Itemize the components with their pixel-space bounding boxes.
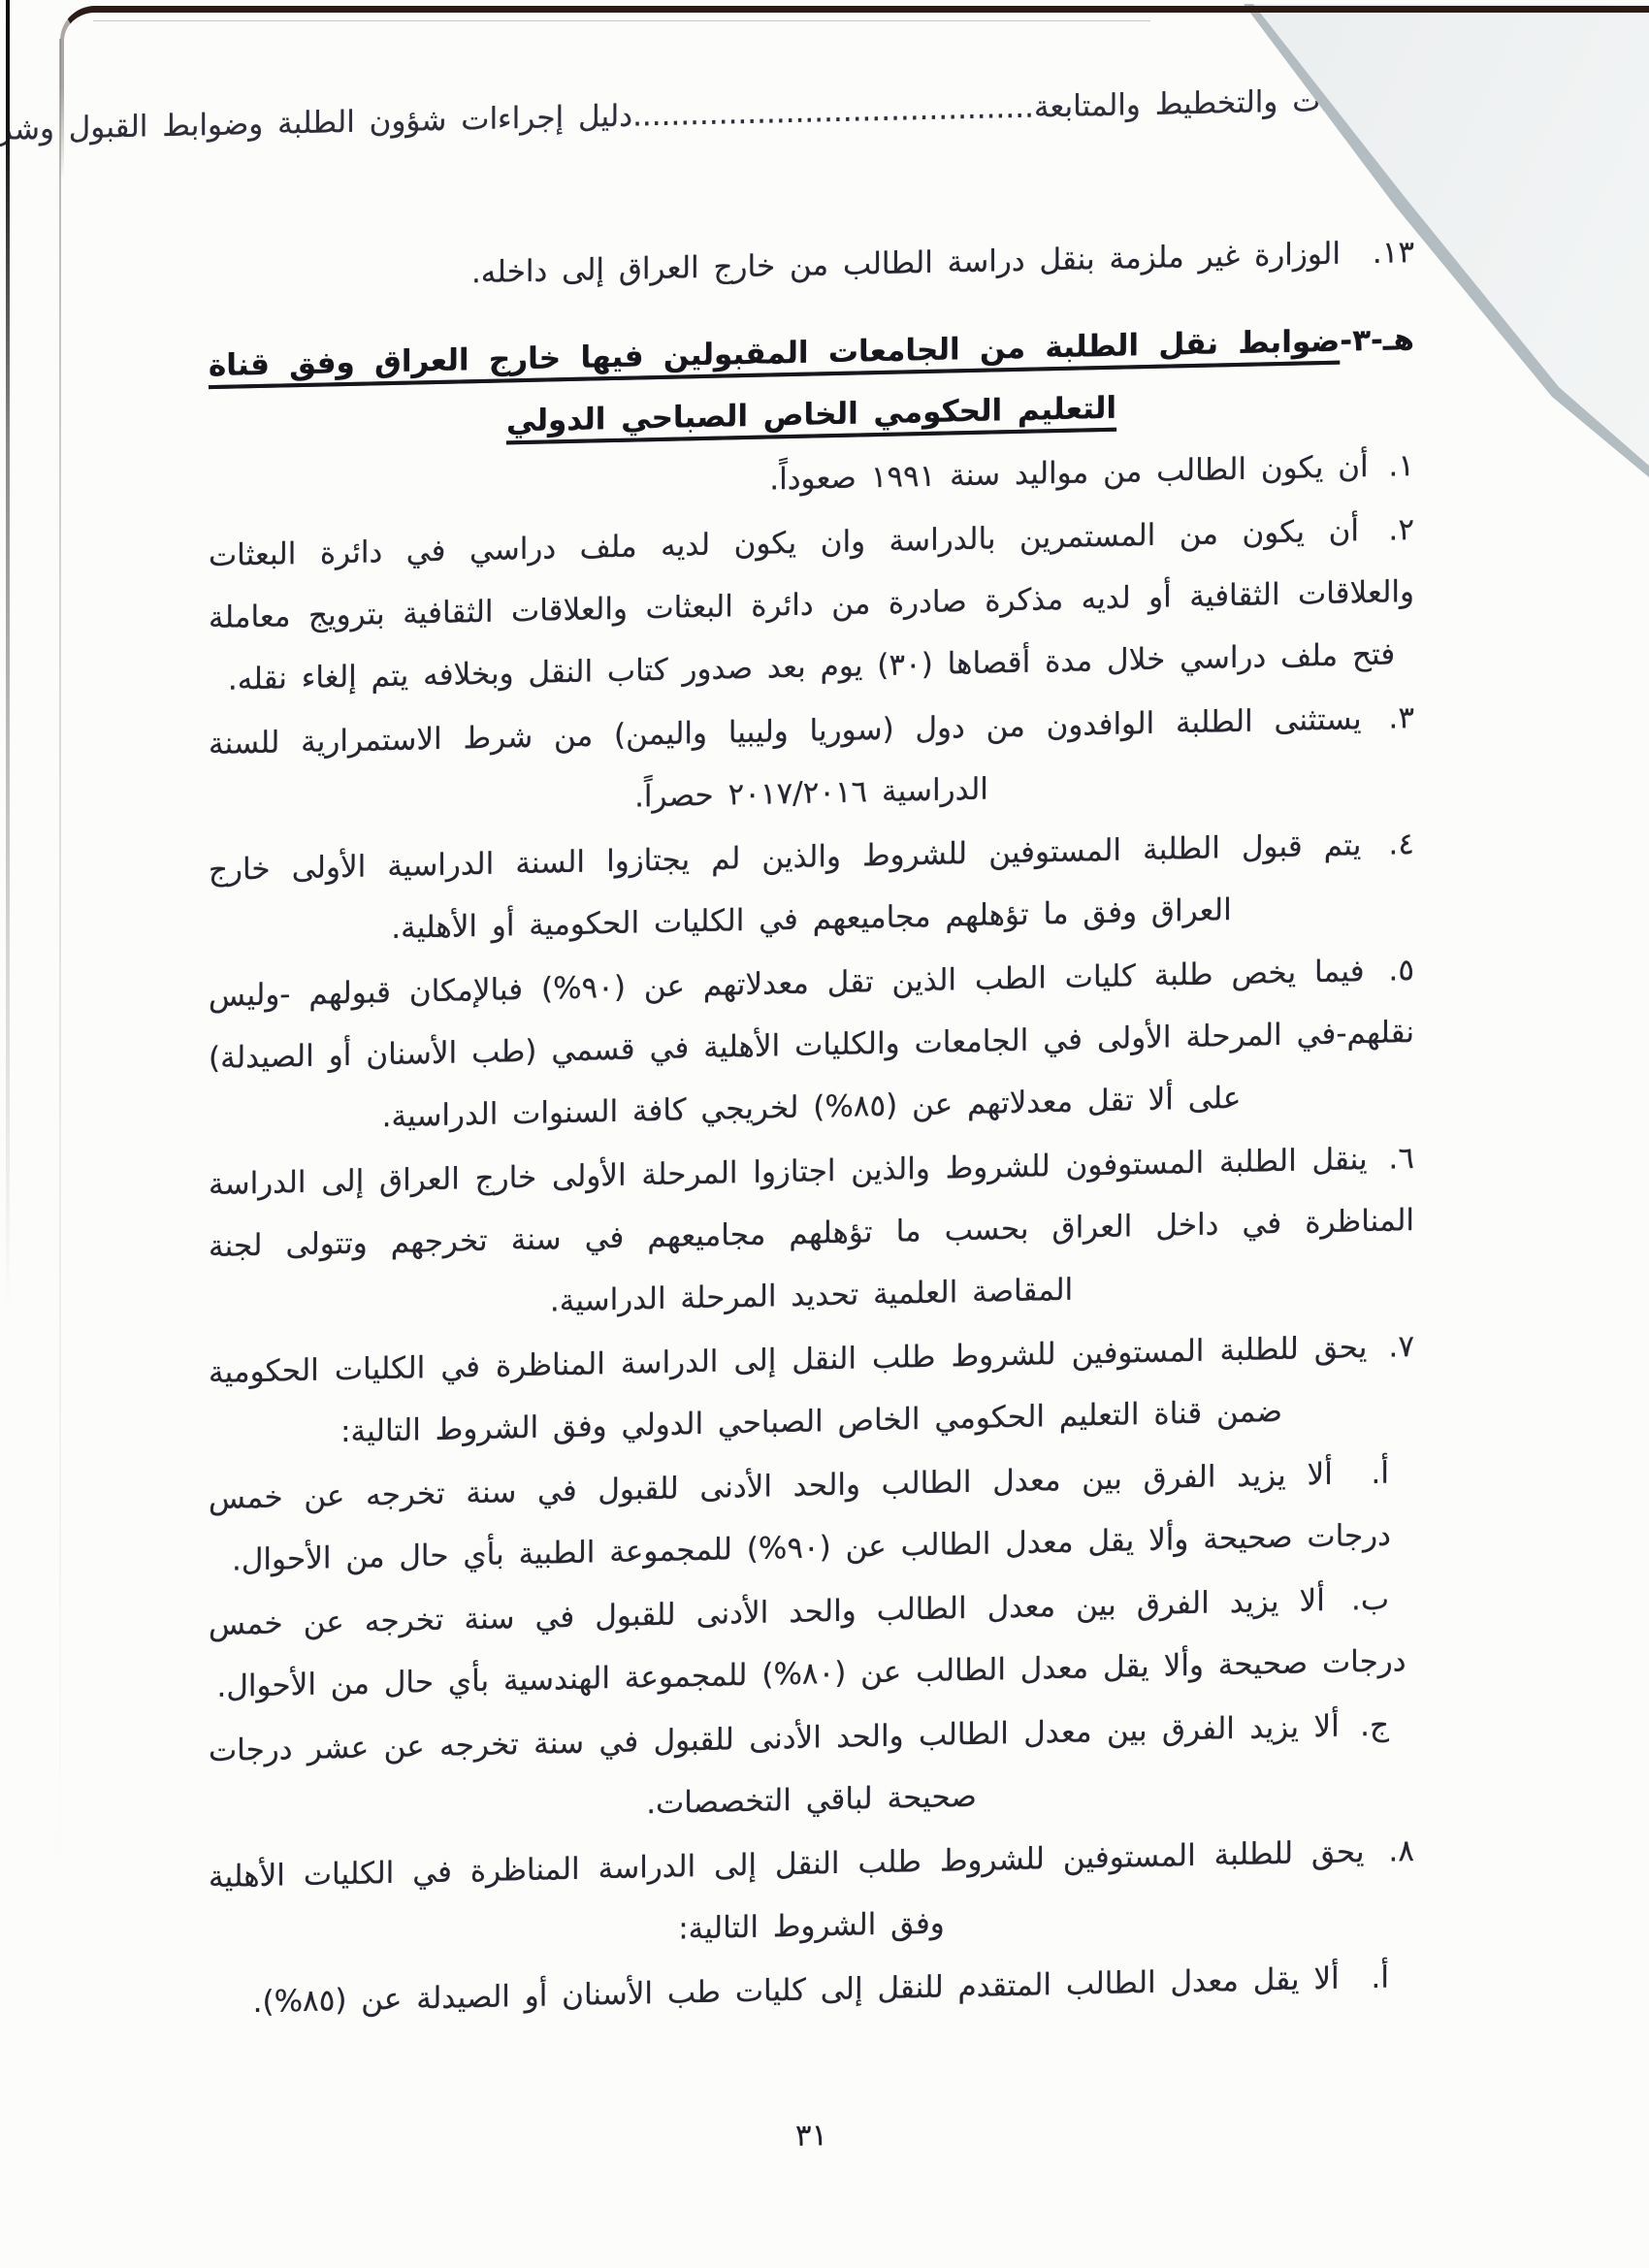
scan-left-edge-artifact: [6, 0, 10, 1310]
item-number: ٤.: [1382, 826, 1414, 862]
paper-left-edge: [59, 39, 61, 1882]
numbered-item-8: ٨. يحق للطلبة المستوفين للشروط طلب النقل…: [209, 1820, 1414, 1970]
item-text: ألا يزيد الفرق بين معدل الطالب والحد الأ…: [209, 1709, 1340, 1822]
item-text: يحق للطلبة المستوفين للشروط طلب النقل إل…: [209, 1330, 1367, 1449]
item-text: ألا يزيد الفرق بين معدل الطالب والحد الأ…: [209, 1583, 1406, 1704]
sub-item-7-b: ب. ألا يزيد الفرق بين معدل الطالب والحد …: [209, 1568, 1414, 1718]
item-number: ٣.: [1382, 700, 1414, 736]
folded-corner-artifact: [0, 0, 1649, 504]
sub-item-letter: أ.: [1354, 1960, 1389, 1996]
item-number: ٨.: [1382, 1833, 1414, 1869]
sub-item-7-a: أ. ألا يزيد الفرق بين معدل الطالب والحد …: [209, 1442, 1414, 1592]
numbered-item-7: ٧. يحق للطلبة المستوفين للشروط طلب النقل…: [209, 1315, 1414, 1466]
item-text: ألا يقل معدل الطالب المتقدم للنقل إلى كل…: [253, 1961, 1340, 2020]
item-number: ٦.: [1383, 1141, 1415, 1177]
page-top-inner-line: [93, 20, 1150, 21]
numbered-item-4: ٤. يتم قبول الطلبة المستوفين للشروط والذ…: [209, 813, 1414, 963]
item-text: يتم قبول الطلبة المستوفين للشروط والذين …: [209, 827, 1361, 946]
item-text: ألا يزيد الفرق بين معدل الطالب والحد الأ…: [209, 1457, 1391, 1578]
item-text: يحق للطلبة المستوفين للشروط طلب النقل إل…: [209, 1834, 1365, 1946]
item-number: ٥.: [1382, 953, 1414, 988]
item-number: ٧.: [1382, 1329, 1414, 1365]
item-number: ٢.: [1383, 512, 1415, 548]
sub-item-letter: أ.: [1354, 1456, 1389, 1492]
sub-item-7-c: ج. ألا يزيد الفرق بين معدل الطالب والحد …: [209, 1694, 1414, 1844]
fold-face: [0, 0, 1649, 504]
numbered-item-3: ٣. يستثنى الطلبة الوافدون من دول (سوريا …: [209, 687, 1414, 837]
item-text: ينقل الطلبة المستوفون للشروط والذين اجتا…: [209, 1142, 1414, 1318]
sub-item-letter: ب.: [1345, 1582, 1389, 1618]
numbered-item-5: ٥. فيما يخص طلبة كليات الطب الذين تقل مع…: [209, 939, 1414, 1151]
item-text: يستثنى الطلبة الوافدون من دول (سوريا ولي…: [209, 701, 1362, 814]
item-text: أن يكون من المستمرين بالدراسة وان يكون ل…: [209, 513, 1414, 697]
numbered-item-6: ٦. ينقل الطلبة المستوفون للشروط والذين ا…: [209, 1127, 1414, 1340]
numbered-item-2: ٢. أن يكون من المستمرين بالدراسة وان يكو…: [209, 499, 1414, 711]
item-text: فيما يخص طلبة كليات الطب الذين تقل معدلا…: [209, 954, 1414, 1134]
sub-item-letter: ج.: [1354, 1708, 1389, 1744]
page-number: ٣١: [209, 2091, 1414, 2180]
